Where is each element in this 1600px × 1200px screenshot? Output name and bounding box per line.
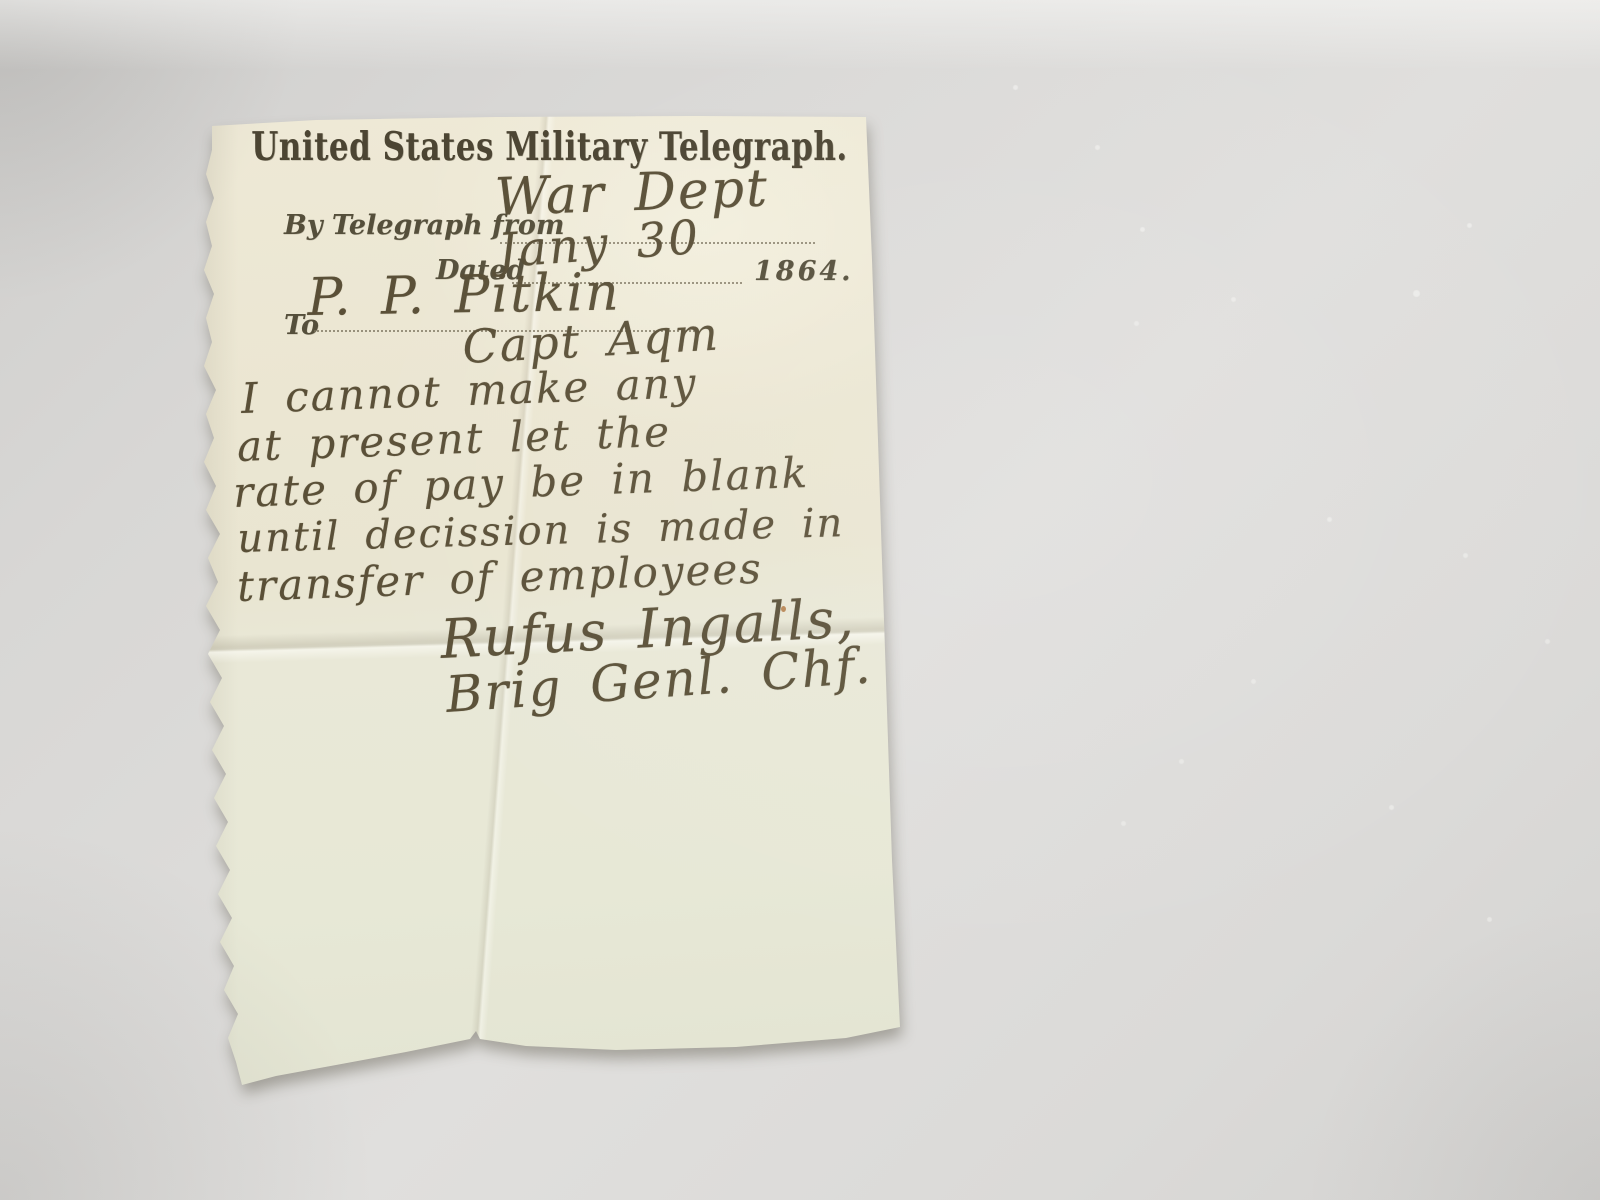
document-title: United States Military Telegraph. — [196, 124, 903, 170]
photo-background: United States Military Telegraph. By Tel… — [0, 0, 1600, 1200]
year-printed: 1864. — [754, 256, 854, 287]
telegraph-form-paper: United States Military Telegraph. By Tel… — [196, 110, 903, 1092]
wall-texture-specks — [0, 0, 3, 3]
paper-shadow: United States Military Telegraph. By Tel… — [196, 110, 903, 1092]
